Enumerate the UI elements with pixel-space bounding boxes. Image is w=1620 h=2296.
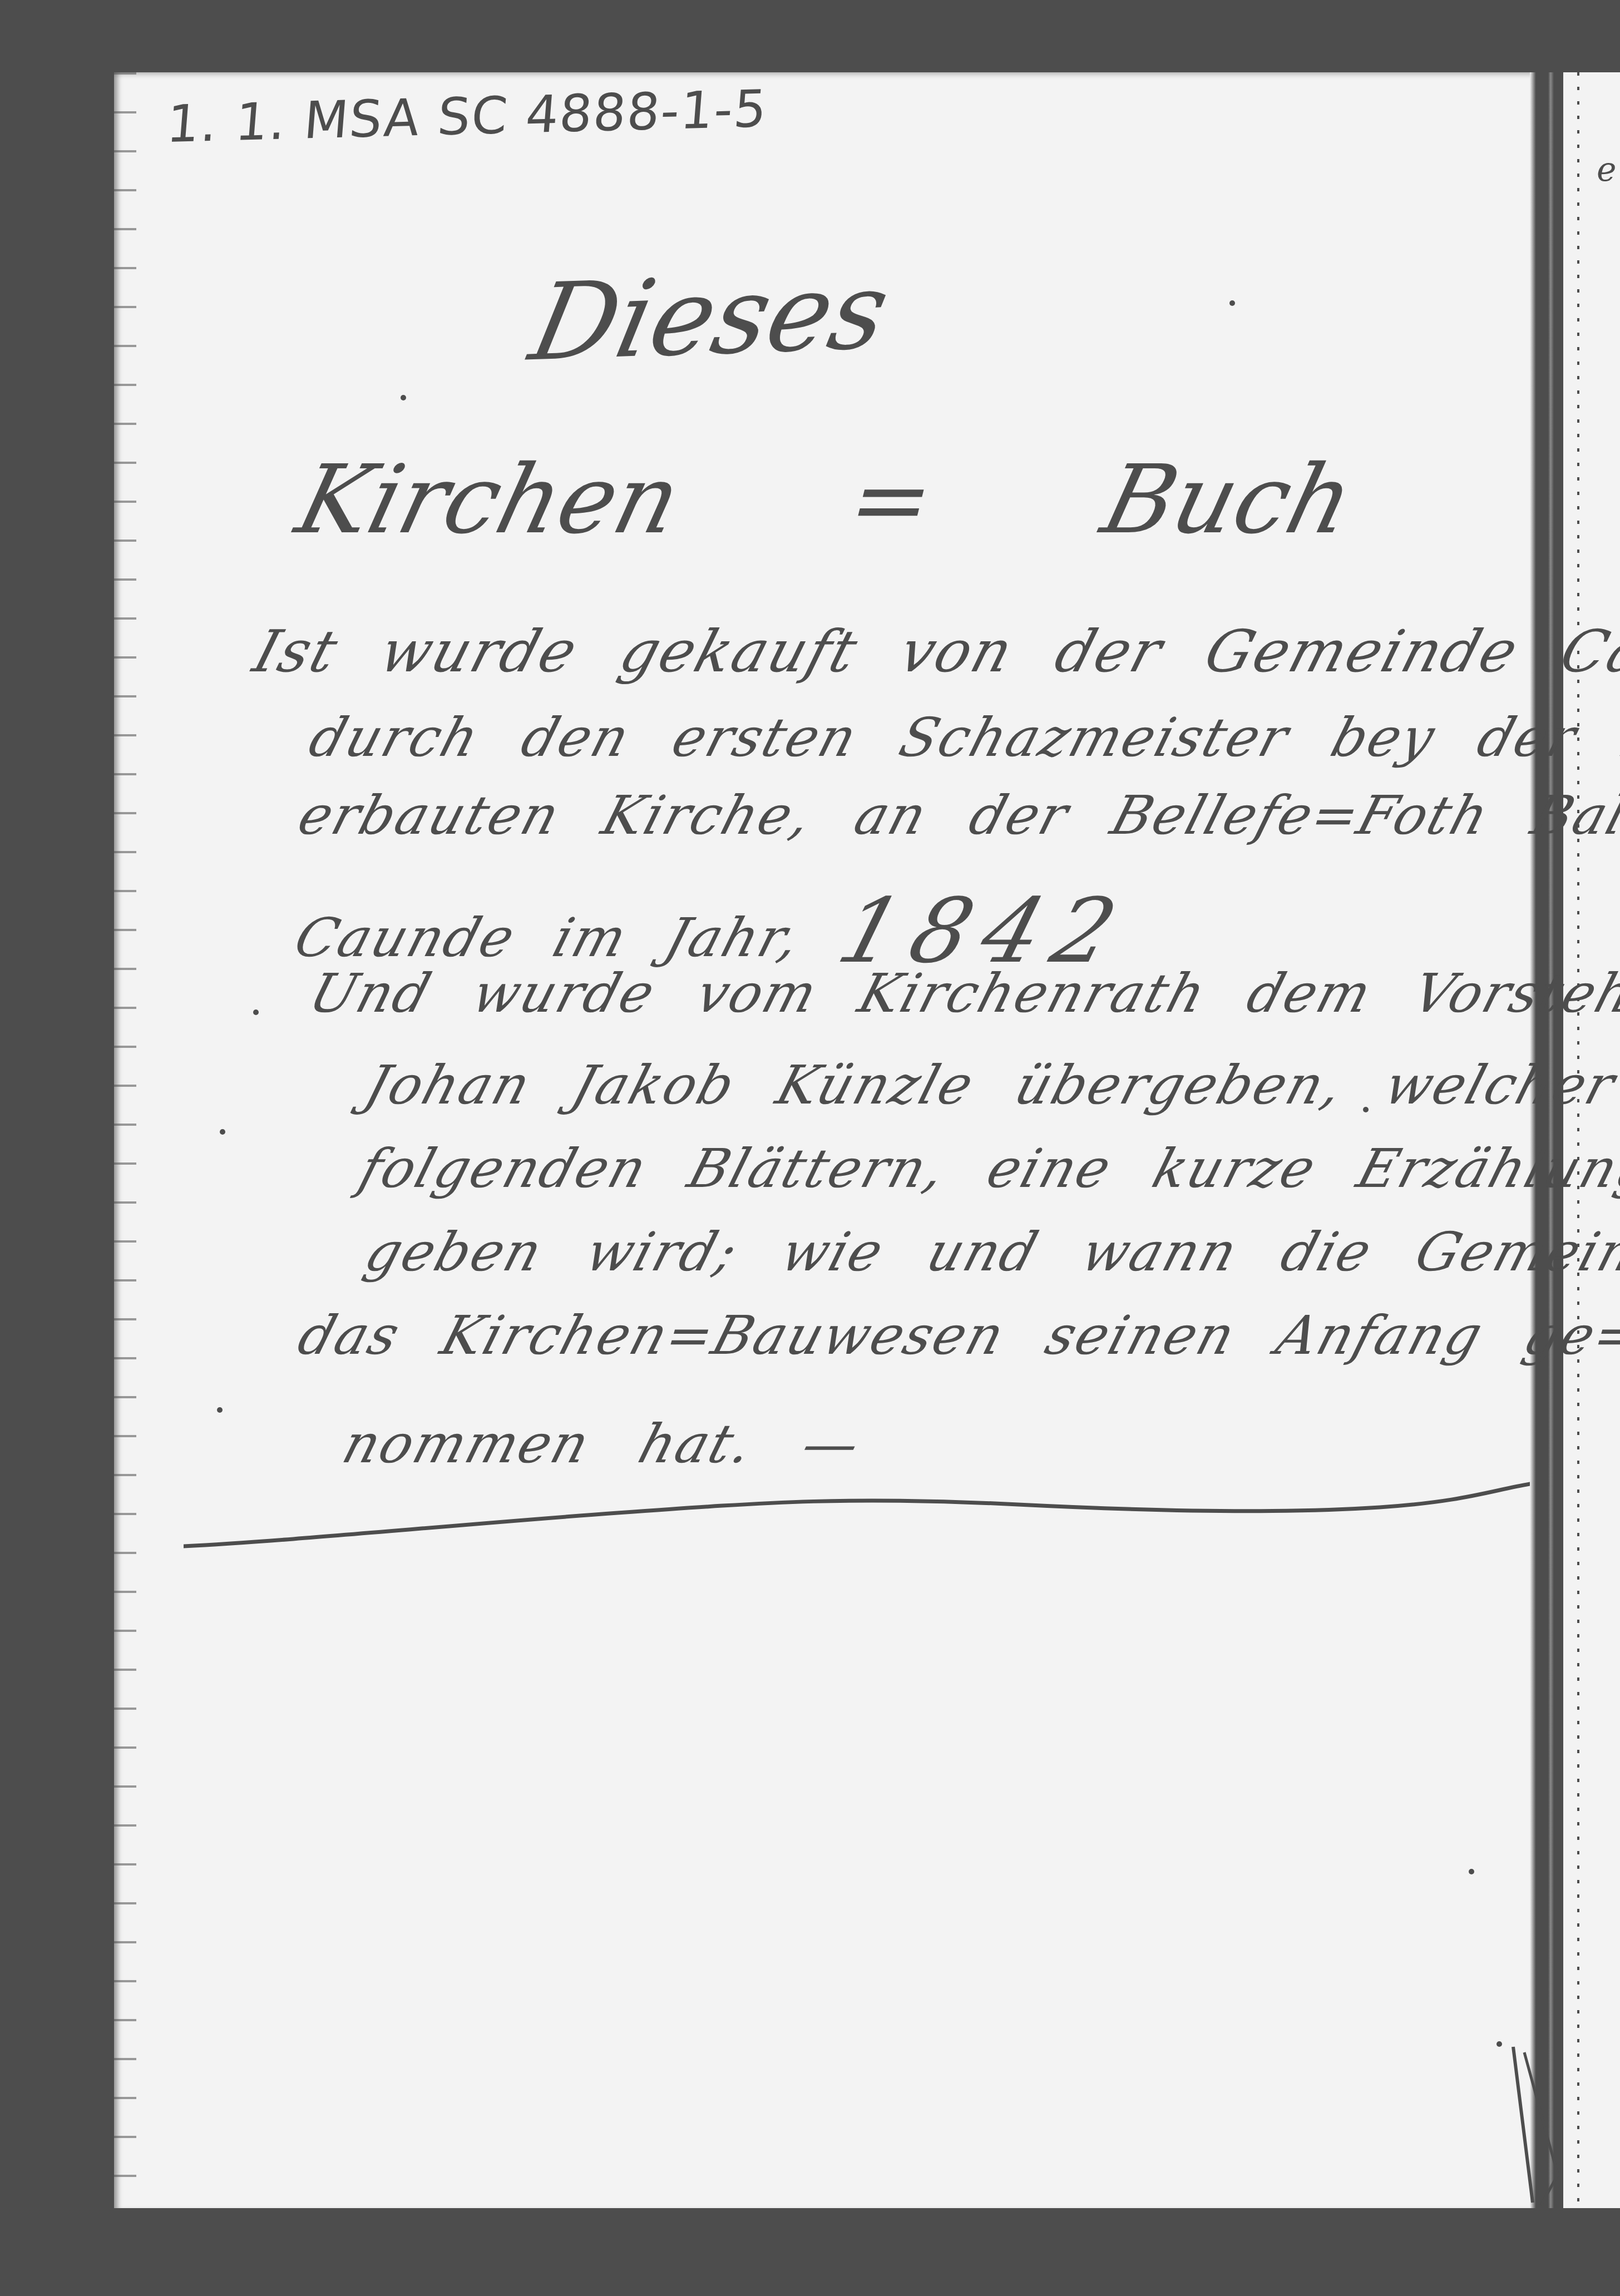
- title-separator: =: [838, 445, 945, 555]
- title-word-kirchen: Kirchen: [287, 445, 691, 555]
- body-line-2: durch den ersten Schazmeister bey der ne…: [303, 706, 1620, 769]
- page-left-edge: [114, 72, 136, 2208]
- title-line-2: Kirchen = Buch: [287, 445, 1364, 555]
- adjacent-page-glyph: e: [1597, 150, 1617, 189]
- body-line-4: Caunde im Jahr, 1842: [285, 873, 1143, 977]
- ink-speck: [217, 1407, 223, 1413]
- body-line-10-text: nommen hat.: [336, 1413, 761, 1475]
- page-fold-corner: [1502, 2041, 1569, 2208]
- ink-speck: [1363, 1107, 1369, 1112]
- body-line-1: Ist wurde gekauft von der Gemeinde Cassa: [246, 617, 1620, 685]
- body-line-5: Und wurde vom Kirchenrath dem Vorsteher: [303, 962, 1620, 1025]
- ink-speck: [401, 395, 406, 400]
- body-line-8: geben wird; wie und wann die Gemeinde un…: [358, 1221, 1620, 1283]
- body-line-3: erbauten Kirche, an der Bellefe=Foth Bal…: [292, 784, 1620, 847]
- ink-speck: [1469, 1869, 1474, 1874]
- body-line-4-text: Caunde im Jahr,: [288, 907, 808, 969]
- ink-speck: [253, 1010, 259, 1015]
- body-line-6: Johan Jakob Künzle übergeben, welcher in: [358, 1054, 1620, 1116]
- ink-speck: [1229, 300, 1235, 306]
- ink-speck: [220, 1129, 225, 1135]
- title-line-1: Dieses: [521, 249, 899, 385]
- title-word-buch: Buch: [1092, 445, 1364, 555]
- closing-divider-line: [184, 1479, 1530, 1552]
- ink-speck: [1496, 2041, 1502, 2047]
- body-line-10: nommen hat. —: [336, 1413, 868, 1475]
- body-line-9: das Kirchen=Bauwesen seinen Anfang ge=: [292, 1304, 1620, 1367]
- body-line-7: folgenden Blättern, eine kurze Erzählung: [353, 1137, 1620, 1200]
